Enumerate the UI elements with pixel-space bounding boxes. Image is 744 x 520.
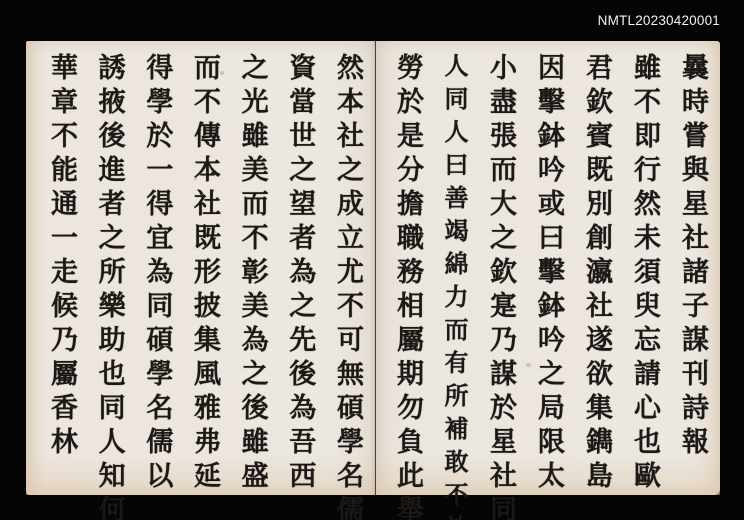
text-column: 得學於一得宜為同碩學名儒以 [143,53,170,477]
text-column: 而不傳本社既形披集風雅弗延 [191,53,218,477]
manuscript-spread: 然本社之成立尤不可無碩學名儒 資當世之望者為之先後為吾西 之光雖美而不彰美為之後… [26,41,720,495]
text-column: 小盡張而大之欽寔乃謀於星社同 [487,53,514,477]
right-page-columns: 曩時嘗與星社諸子謀刊詩報 雖不即行然未須臾忘請心也歐 君欽賓既別創瀛社遂欲集鐫島… [394,53,706,477]
text-column: 之光雖美而不彰美為之後雖盛 [239,53,266,477]
left-page-columns: 然本社之成立尤不可無碩學名儒 資當世之望者為之先後為吾西 之光雖美而不彰美為之後… [48,53,361,477]
text-column: 誘掖後進者之所樂助也同人知何 [96,53,123,477]
left-page: 然本社之成立尤不可無碩學名儒 資當世之望者為之先後為吾西 之光雖美而不彰美為之後… [26,41,375,495]
text-column: 因擊鉢吟或曰擊鉢吟之局限太 [535,53,562,477]
text-column: 然本社之成立尤不可無碩學名儒 [334,53,361,477]
text-column: 人同人曰善竭綿力而有所補敢不效 [442,53,466,477]
catalog-id-label: NMTL20230420001 [598,13,720,28]
text-column: 勞於是分擔職務相屬期勿負此舉 [394,53,421,477]
text-column: 曩時嘗與星社諸子謀刊詩報 [679,53,706,477]
right-page: 曩時嘗與星社諸子謀刊詩報 雖不即行然未須臾忘請心也歐 君欽賓既別創瀛社遂欲集鐫島… [376,41,720,495]
paper-stain [504,431,508,435]
text-column: 君欽賓既別創瀛社遂欲集鐫島 [583,53,610,477]
text-column: 資當世之望者為之先後為吾西 [286,53,313,477]
paper-stain [220,71,224,75]
text-column: 雖不即行然未須臾忘請心也歐 [631,53,658,477]
paper-stain [526,363,531,367]
text-column: 華章不能通一走候乃屬香林 [48,53,75,477]
paper-stain [194,177,197,180]
